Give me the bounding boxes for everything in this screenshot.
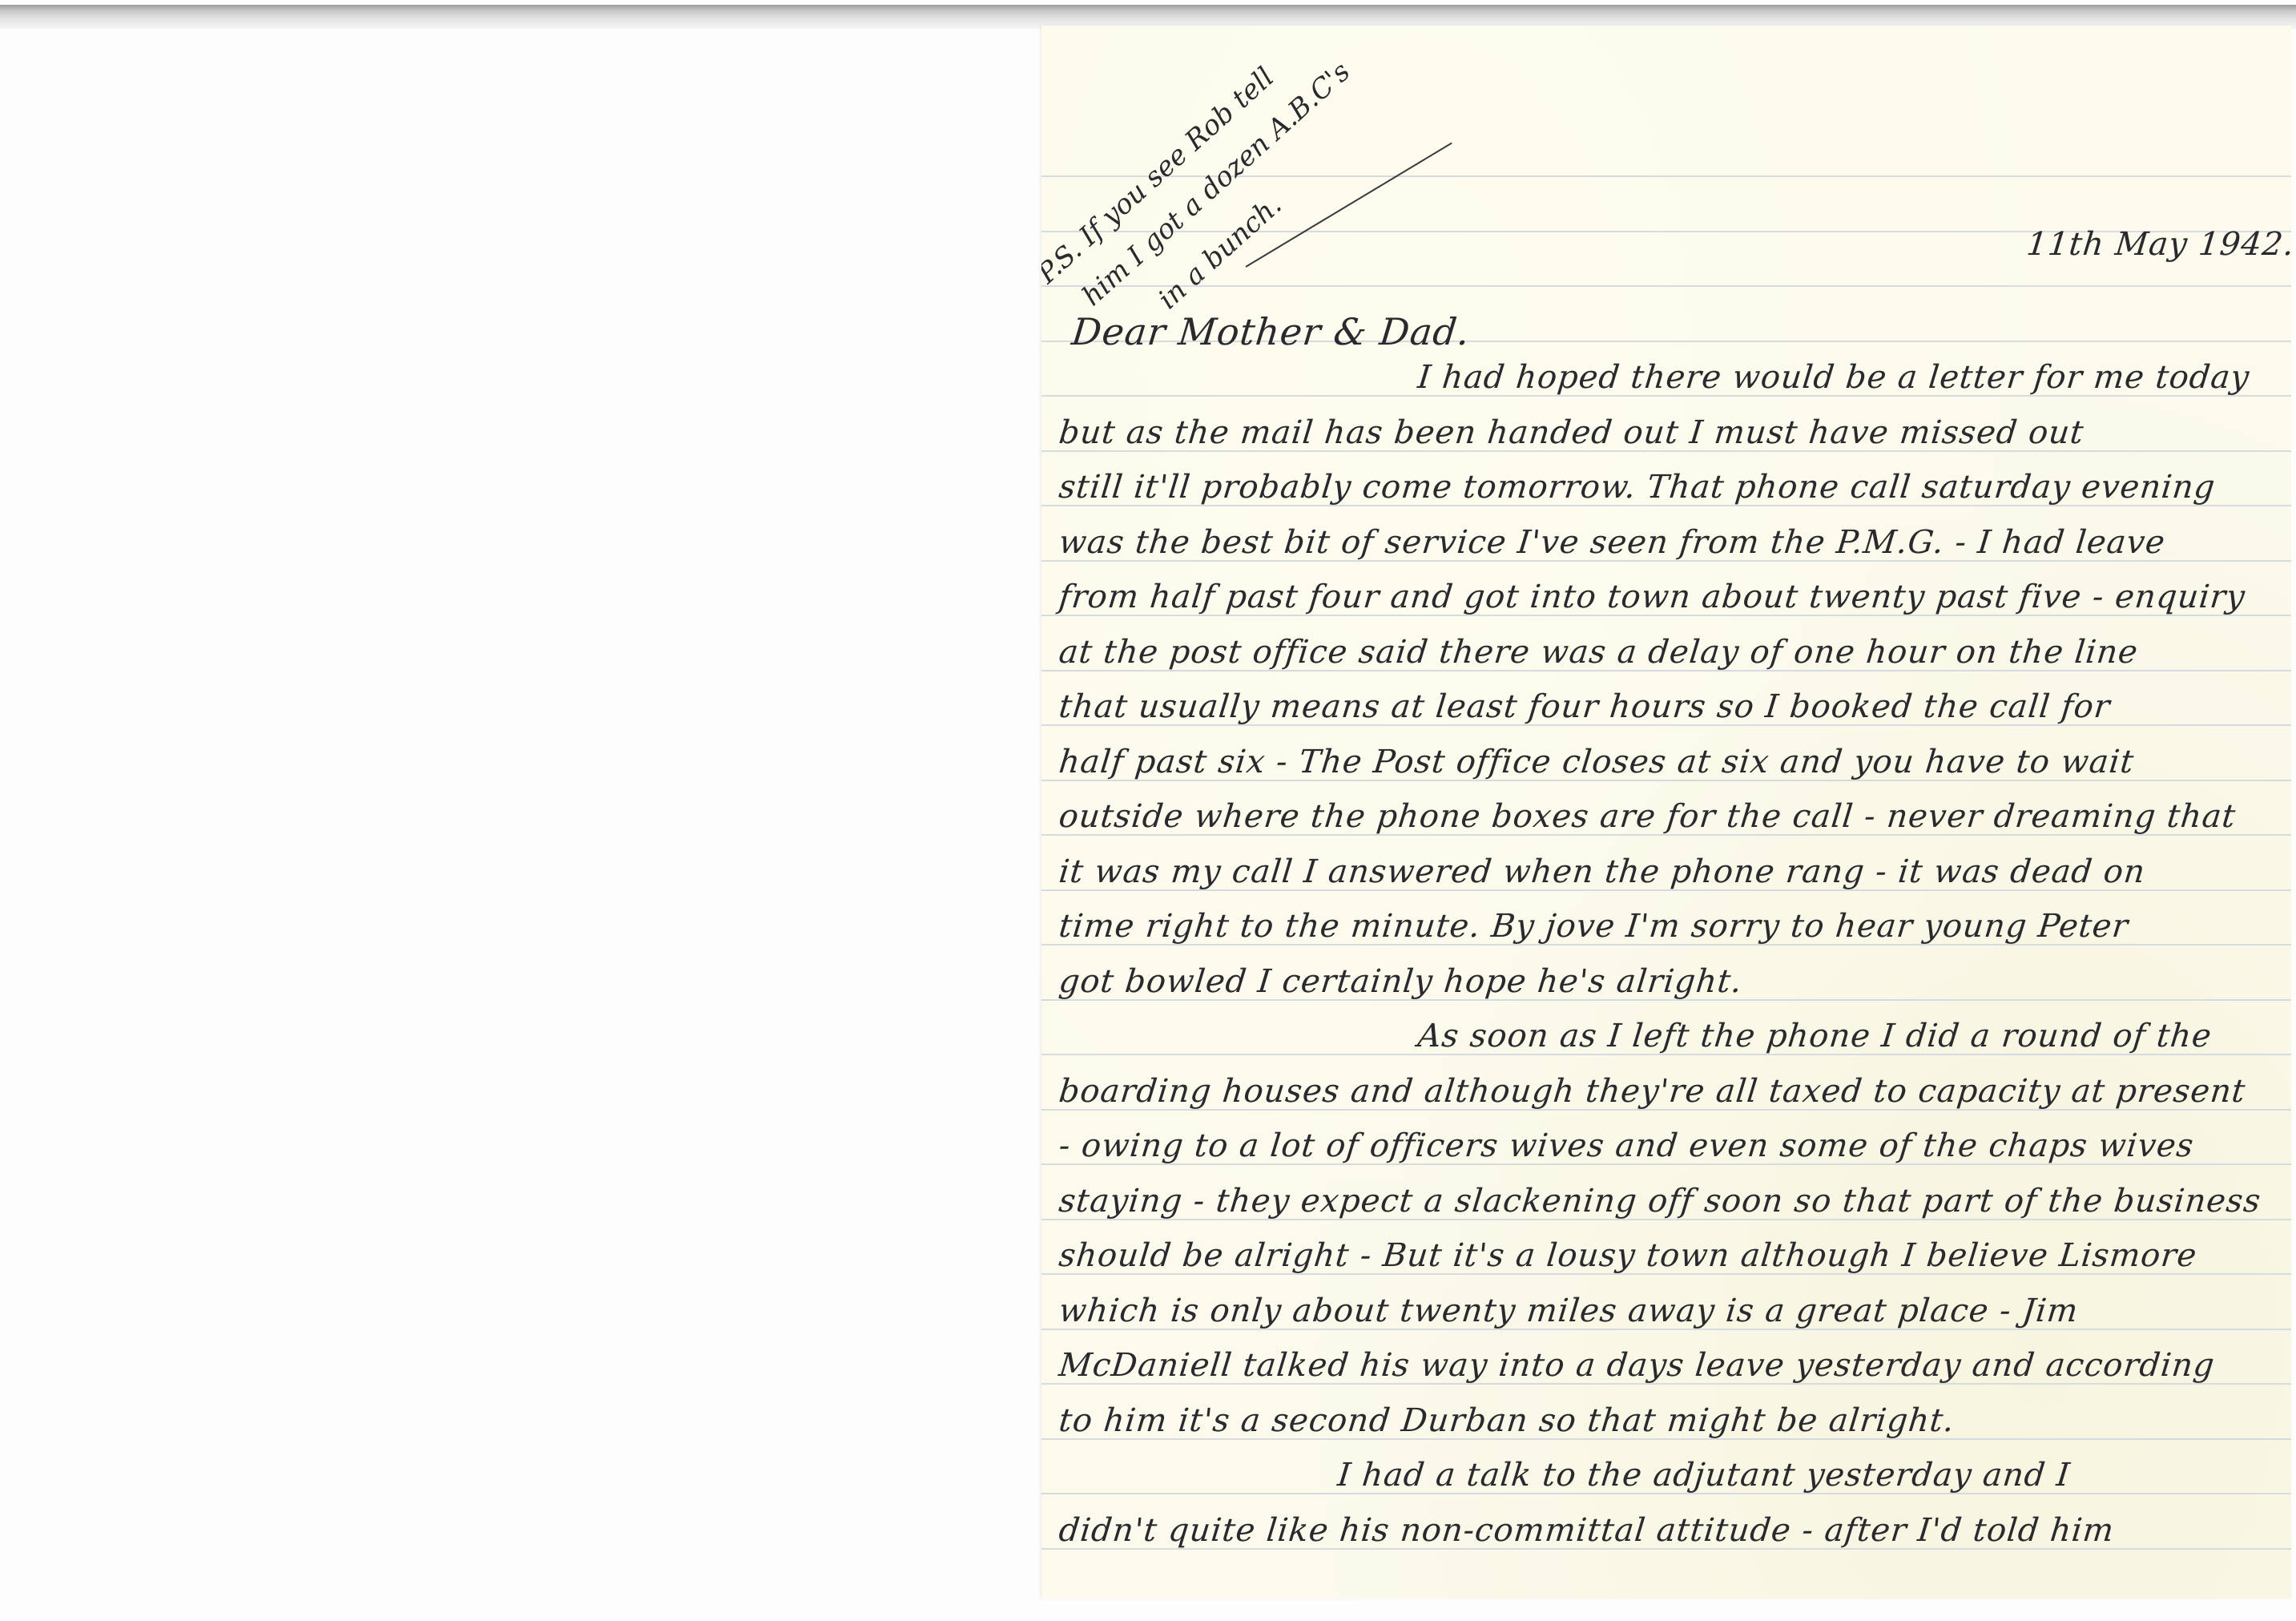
body-line: but as the mail has been handed out I mu…	[1057, 414, 2086, 451]
body-line: I had a talk to the adjutant yesterday a…	[1336, 1457, 2072, 1494]
body-line: boarding houses and although they're all…	[1057, 1073, 2248, 1110]
body-line: half past six - The Post office closes a…	[1057, 744, 2137, 780]
body-line: I had hoped there would be a letter for …	[1416, 359, 2252, 396]
body-line: that usually means at least four hours s…	[1057, 688, 2113, 725]
body-line: time right to the minute. By jove I'm so…	[1057, 908, 2131, 945]
letter-page: P.S. If you see Rob tell him I got a doz…	[1041, 26, 2291, 1599]
postscript-note: P.S. If you see Rob tell him I got a doz…	[1041, 26, 1458, 314]
letter-date: 11th May 1942.	[2025, 226, 2291, 263]
body-line: which is only about twenty miles away is…	[1057, 1292, 2080, 1329]
body-line: from half past four and got into town ab…	[1057, 579, 2247, 615]
body-line: at the post office said there was a dela…	[1057, 634, 2141, 671]
body-line: got bowled I certainly hope he's alright…	[1057, 963, 1745, 1000]
body-line: to him it's a second Durban so that migh…	[1057, 1402, 1957, 1439]
body-line: it was my call I answered when the phone…	[1057, 853, 2148, 890]
body-line: still it'll probably come tomorrow. That…	[1057, 469, 2217, 506]
body-line: outside where the phone boxes are for th…	[1057, 798, 2238, 835]
body-line: was the best bit of service I've seen fr…	[1057, 524, 2168, 561]
body-line: staying - they expect a slackening off s…	[1057, 1183, 2263, 1220]
body-line: didn't quite like his non-committal atti…	[1057, 1512, 2117, 1549]
body-line: - owing to a lot of officers wives and e…	[1057, 1127, 2196, 1164]
body-line: As soon as I left the phone I did a roun…	[1416, 1018, 2214, 1054]
salutation: Dear Mother & Dad.	[1069, 310, 1472, 353]
body-line: McDaniell talked his way into a days lea…	[1057, 1347, 2217, 1384]
body-line: should be alright - But it's a lousy tow…	[1057, 1237, 2199, 1274]
